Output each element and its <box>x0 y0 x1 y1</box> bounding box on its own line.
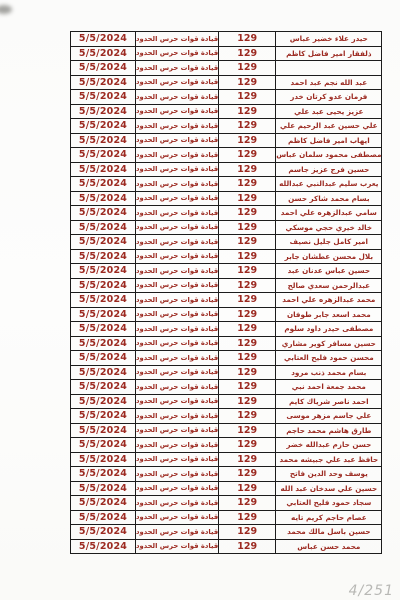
unit-cell: قيادة قوات حرس الحدود <box>136 133 219 148</box>
table-row: 5/5/2024 قيادة قوات حرس الحدود 129 حسين … <box>71 162 382 177</box>
unit-cell: قيادة قوات حرس الحدود <box>136 525 219 540</box>
unit-cell: قيادة قوات حرس الحدود <box>136 539 219 554</box>
unit-cell: قيادة قوات حرس الحدود <box>136 452 219 467</box>
unit-cell: قيادة قوات حرس الحدود <box>136 336 219 351</box>
table-row: 5/5/2024 قيادة قوات حرس الحدود 129 خالد … <box>71 220 382 235</box>
date-cell: 5/5/2024 <box>71 104 136 119</box>
date-cell: 5/5/2024 <box>71 278 136 293</box>
unit-cell: قيادة قوات حرس الحدود <box>136 394 219 409</box>
name-cell: احمد ناصر شرياك كايم <box>276 394 382 409</box>
table-row: 5/5/2024 قيادة قوات حرس الحدود 129 محسن … <box>71 351 382 366</box>
code-cell: 129 <box>219 380 276 395</box>
name-cell: عصام حاجم كريم تايه <box>276 510 382 525</box>
table-row: 5/5/2024 قيادة قوات حرس الحدود 129 <box>71 61 382 76</box>
code-cell: 129 <box>219 278 276 293</box>
table-row: 5/5/2024 قيادة قوات حرس الحدود 129 بلال … <box>71 249 382 264</box>
name-cell: بلال محسن عطشان جابر <box>276 249 382 264</box>
date-cell: 5/5/2024 <box>71 61 136 76</box>
name-cell: خالد خيري حجي موسكي <box>276 220 382 235</box>
name-cell: حسين فرج عزيز جاسم <box>276 162 382 177</box>
date-cell: 5/5/2024 <box>71 452 136 467</box>
table-row: 5/5/2024 قيادة قوات حرس الحدود 129 يوسف … <box>71 467 382 482</box>
date-cell: 5/5/2024 <box>71 119 136 134</box>
unit-cell: قيادة قوات حرس الحدود <box>136 90 219 105</box>
code-cell: 129 <box>219 293 276 308</box>
table-row: 5/5/2024 قيادة قوات حرس الحدود 129 محمد … <box>71 307 382 322</box>
table-row: 5/5/2024 قيادة قوات حرس الحدود 129 محمد … <box>71 293 382 308</box>
code-cell: 129 <box>219 336 276 351</box>
unit-cell: قيادة قوات حرس الحدود <box>136 220 219 235</box>
date-cell: 5/5/2024 <box>71 235 136 250</box>
date-cell: 5/5/2024 <box>71 365 136 380</box>
unit-cell: قيادة قوات حرس الحدود <box>136 510 219 525</box>
code-cell: 129 <box>219 264 276 279</box>
table-row: 5/5/2024 قيادة قوات حرس الحدود 129 علي ج… <box>71 409 382 424</box>
unit-cell: قيادة قوات حرس الحدود <box>136 307 219 322</box>
table-row: 5/5/2024 قيادة قوات حرس الحدود 129 عبد ا… <box>71 75 382 90</box>
name-cell: علي حسين عبد الرحيم علي <box>276 119 382 134</box>
unit-cell: قيادة قوات حرس الحدود <box>136 104 219 119</box>
code-cell: 129 <box>219 90 276 105</box>
unit-cell: قيادة قوات حرس الحدود <box>136 191 219 206</box>
name-cell: عبد الله نجم عبد احمد <box>276 75 382 90</box>
name-cell: محسن حمود فليح العتابي <box>276 351 382 366</box>
table-row: 5/5/2024 قيادة قوات حرس الحدود 129 حافظ … <box>71 452 382 467</box>
unit-cell: قيادة قوات حرس الحدود <box>136 249 219 264</box>
date-cell: 5/5/2024 <box>71 336 136 351</box>
name-cell: محمد جمعة احمد نبي <box>276 380 382 395</box>
table-row: 5/5/2024 قيادة قوات حرس الحدود 129 مصطفى… <box>71 148 382 163</box>
unit-cell: قيادة قوات حرس الحدود <box>136 235 219 250</box>
date-cell: 5/5/2024 <box>71 525 136 540</box>
date-cell: 5/5/2024 <box>71 539 136 554</box>
unit-cell: قيادة قوات حرس الحدود <box>136 61 219 76</box>
code-cell: 129 <box>219 32 276 47</box>
code-cell: 129 <box>219 119 276 134</box>
unit-cell: قيادة قوات حرس الحدود <box>136 148 219 163</box>
code-cell: 129 <box>219 191 276 206</box>
table-row: 5/5/2024 قيادة قوات حرس الحدود 129 يعرب … <box>71 177 382 192</box>
table-row: 5/5/2024 قيادة قوات حرس الحدود 129 طارق … <box>71 423 382 438</box>
roster-table: 5/5/2024 قيادة قوات حرس الحدود 129 حيدر … <box>70 31 382 554</box>
table-row: 5/5/2024 قيادة قوات حرس الحدود 129 بسام … <box>71 191 382 206</box>
name-cell: حسين باسل مالك محمد <box>276 525 382 540</box>
table-row: 5/5/2024 قيادة قوات حرس الحدود 129 محمد … <box>71 539 382 554</box>
name-cell <box>276 61 382 76</box>
code-cell: 129 <box>219 496 276 511</box>
date-cell: 5/5/2024 <box>71 307 136 322</box>
code-cell: 129 <box>219 510 276 525</box>
name-cell: عزيز يحيى عبد علي <box>276 104 382 119</box>
code-cell: 129 <box>219 539 276 554</box>
name-cell: يوسف وحد الدين فاتح <box>276 467 382 482</box>
table-row: 5/5/2024 قيادة قوات حرس الحدود 129 بسام … <box>71 365 382 380</box>
name-cell: مصطفى حيدر داود سلوم <box>276 322 382 337</box>
date-cell: 5/5/2024 <box>71 206 136 221</box>
unit-cell: قيادة قوات حرس الحدود <box>136 278 219 293</box>
unit-cell: قيادة قوات حرس الحدود <box>136 438 219 453</box>
name-cell: طارق هاشم محمد حاجم <box>276 423 382 438</box>
unit-cell: قيادة قوات حرس الحدود <box>136 467 219 482</box>
date-cell: 5/5/2024 <box>71 264 136 279</box>
name-cell: سجاد حمود فليح العتابي <box>276 496 382 511</box>
unit-cell: قيادة قوات حرس الحدود <box>136 264 219 279</box>
name-cell: امير كامل جليل نصيف <box>276 235 382 250</box>
table-row: 5/5/2024 قيادة قوات حرس الحدود 129 مصطفى… <box>71 322 382 337</box>
table-row: 5/5/2024 قيادة قوات حرس الحدود 129 ذلفقا… <box>71 46 382 61</box>
scan-artifact-smudge <box>0 5 12 14</box>
date-cell: 5/5/2024 <box>71 481 136 496</box>
code-cell: 129 <box>219 467 276 482</box>
date-cell: 5/5/2024 <box>71 162 136 177</box>
code-cell: 129 <box>219 133 276 148</box>
table-row: 5/5/2024 قيادة قوات حرس الحدود 129 احمد … <box>71 394 382 409</box>
date-cell: 5/5/2024 <box>71 46 136 61</box>
unit-cell: قيادة قوات حرس الحدود <box>136 481 219 496</box>
name-cell: بسام محمد ذنب مرود <box>276 365 382 380</box>
unit-cell: قيادة قوات حرس الحدود <box>136 177 219 192</box>
unit-cell: قيادة قوات حرس الحدود <box>136 293 219 308</box>
unit-cell: قيادة قوات حرس الحدود <box>136 409 219 424</box>
code-cell: 129 <box>219 75 276 90</box>
code-cell: 129 <box>219 307 276 322</box>
name-cell: سامي عبدالزهره علي احمد <box>276 206 382 221</box>
code-cell: 129 <box>219 249 276 264</box>
name-cell: بسام محمد شاكر حسن <box>276 191 382 206</box>
code-cell: 129 <box>219 525 276 540</box>
name-cell: حيدر علاء خضير عباس <box>276 32 382 47</box>
date-cell: 5/5/2024 <box>71 90 136 105</box>
name-cell: ذلفقار امير فاضل كاظم <box>276 46 382 61</box>
unit-cell: قيادة قوات حرس الحدود <box>136 365 219 380</box>
table-row: 5/5/2024 قيادة قوات حرس الحدود 129 عصام … <box>71 510 382 525</box>
table-row: 5/5/2024 قيادة قوات حرس الحدود 129 حسين … <box>71 264 382 279</box>
table-row: 5/5/2024 قيادة قوات حرس الحدود 129 امير … <box>71 235 382 250</box>
date-cell: 5/5/2024 <box>71 32 136 47</box>
table-row: 5/5/2024 قيادة قوات حرس الحدود 129 حسين … <box>71 336 382 351</box>
date-cell: 5/5/2024 <box>71 75 136 90</box>
name-cell: ايهاب امير فاضل كاظم <box>276 133 382 148</box>
name-cell: حسين مسافر كوير مشاري <box>276 336 382 351</box>
date-cell: 5/5/2024 <box>71 148 136 163</box>
table-row: 5/5/2024 قيادة قوات حرس الحدود 129 سامي … <box>71 206 382 221</box>
unit-cell: قيادة قوات حرس الحدود <box>136 32 219 47</box>
unit-cell: قيادة قوات حرس الحدود <box>136 351 219 366</box>
table-row: 5/5/2024 قيادة قوات حرس الحدود 129 عزيز … <box>71 104 382 119</box>
table-row: 5/5/2024 قيادة قوات حرس الحدود 129 ايهاب… <box>71 133 382 148</box>
name-cell: عبدالرحمن سعدي صالح <box>276 278 382 293</box>
code-cell: 129 <box>219 409 276 424</box>
unit-cell: قيادة قوات حرس الحدود <box>136 496 219 511</box>
roster-table-body: 5/5/2024 قيادة قوات حرس الحدود 129 حيدر … <box>71 32 382 554</box>
code-cell: 129 <box>219 394 276 409</box>
code-cell: 129 <box>219 148 276 163</box>
code-cell: 129 <box>219 235 276 250</box>
date-cell: 5/5/2024 <box>71 322 136 337</box>
code-cell: 129 <box>219 206 276 221</box>
date-cell: 5/5/2024 <box>71 191 136 206</box>
date-cell: 5/5/2024 <box>71 423 136 438</box>
unit-cell: قيادة قوات حرس الحدود <box>136 46 219 61</box>
scanned-document-page: 5/5/2024 قيادة قوات حرس الحدود 129 حيدر … <box>0 0 400 600</box>
date-cell: 5/5/2024 <box>71 496 136 511</box>
date-cell: 5/5/2024 <box>71 467 136 482</box>
table-row: 5/5/2024 قيادة قوات حرس الحدود 129 عبدال… <box>71 278 382 293</box>
name-cell: محمد حسن عباس <box>276 539 382 554</box>
code-cell: 129 <box>219 365 276 380</box>
unit-cell: قيادة قوات حرس الحدود <box>136 423 219 438</box>
code-cell: 129 <box>219 452 276 467</box>
date-cell: 5/5/2024 <box>71 394 136 409</box>
table-row: 5/5/2024 قيادة قوات حرس الحدود 129 حسن ح… <box>71 438 382 453</box>
table-row: 5/5/2024 قيادة قوات حرس الحدود 129 سجاد … <box>71 496 382 511</box>
unit-cell: قيادة قوات حرس الحدود <box>136 162 219 177</box>
table-row: 5/5/2024 قيادة قوات حرس الحدود 129 حسين … <box>71 525 382 540</box>
unit-cell: قيادة قوات حرس الحدود <box>136 380 219 395</box>
code-cell: 129 <box>219 481 276 496</box>
page-number: 4/251 <box>349 583 394 599</box>
unit-cell: قيادة قوات حرس الحدود <box>136 322 219 337</box>
name-cell: حافظ عبد علي جبيشه محمد <box>276 452 382 467</box>
table-row: 5/5/2024 قيادة قوات حرس الحدود 129 علي ح… <box>71 119 382 134</box>
name-cell: مصطفى محمود سلمان عباس <box>276 148 382 163</box>
name-cell: حسن حازم عبدالله خضر <box>276 438 382 453</box>
unit-cell: قيادة قوات حرس الحدود <box>136 206 219 221</box>
code-cell: 129 <box>219 322 276 337</box>
table-row: 5/5/2024 قيادة قوات حرس الحدود 129 محمد … <box>71 380 382 395</box>
table-row: 5/5/2024 قيادة قوات حرس الحدود 129 حيدر … <box>71 32 382 47</box>
name-cell: فرمان عدو كرتان خدر <box>276 90 382 105</box>
name-cell: يعرب سليم عبدالنبي عبدالله <box>276 177 382 192</box>
date-cell: 5/5/2024 <box>71 220 136 235</box>
date-cell: 5/5/2024 <box>71 133 136 148</box>
unit-cell: قيادة قوات حرس الحدود <box>136 119 219 134</box>
name-cell: حسين علي سدخان عبد الله <box>276 481 382 496</box>
date-cell: 5/5/2024 <box>71 438 136 453</box>
code-cell: 129 <box>219 61 276 76</box>
table-row: 5/5/2024 قيادة قوات حرس الحدود 129 فرمان… <box>71 90 382 105</box>
name-cell: علي جاسم مزهر موسى <box>276 409 382 424</box>
date-cell: 5/5/2024 <box>71 351 136 366</box>
date-cell: 5/5/2024 <box>71 177 136 192</box>
table-row: 5/5/2024 قيادة قوات حرس الحدود 129 حسين … <box>71 481 382 496</box>
code-cell: 129 <box>219 177 276 192</box>
date-cell: 5/5/2024 <box>71 249 136 264</box>
unit-cell: قيادة قوات حرس الحدود <box>136 75 219 90</box>
code-cell: 129 <box>219 46 276 61</box>
name-cell: محمد عبدالزهره علي احمد <box>276 293 382 308</box>
code-cell: 129 <box>219 162 276 177</box>
code-cell: 129 <box>219 220 276 235</box>
date-cell: 5/5/2024 <box>71 293 136 308</box>
code-cell: 129 <box>219 351 276 366</box>
date-cell: 5/5/2024 <box>71 409 136 424</box>
name-cell: حسين عباس عدنان عبد <box>276 264 382 279</box>
code-cell: 129 <box>219 438 276 453</box>
name-cell: محمد اسعد جابر طوفان <box>276 307 382 322</box>
date-cell: 5/5/2024 <box>71 510 136 525</box>
code-cell: 129 <box>219 423 276 438</box>
date-cell: 5/5/2024 <box>71 380 136 395</box>
code-cell: 129 <box>219 104 276 119</box>
